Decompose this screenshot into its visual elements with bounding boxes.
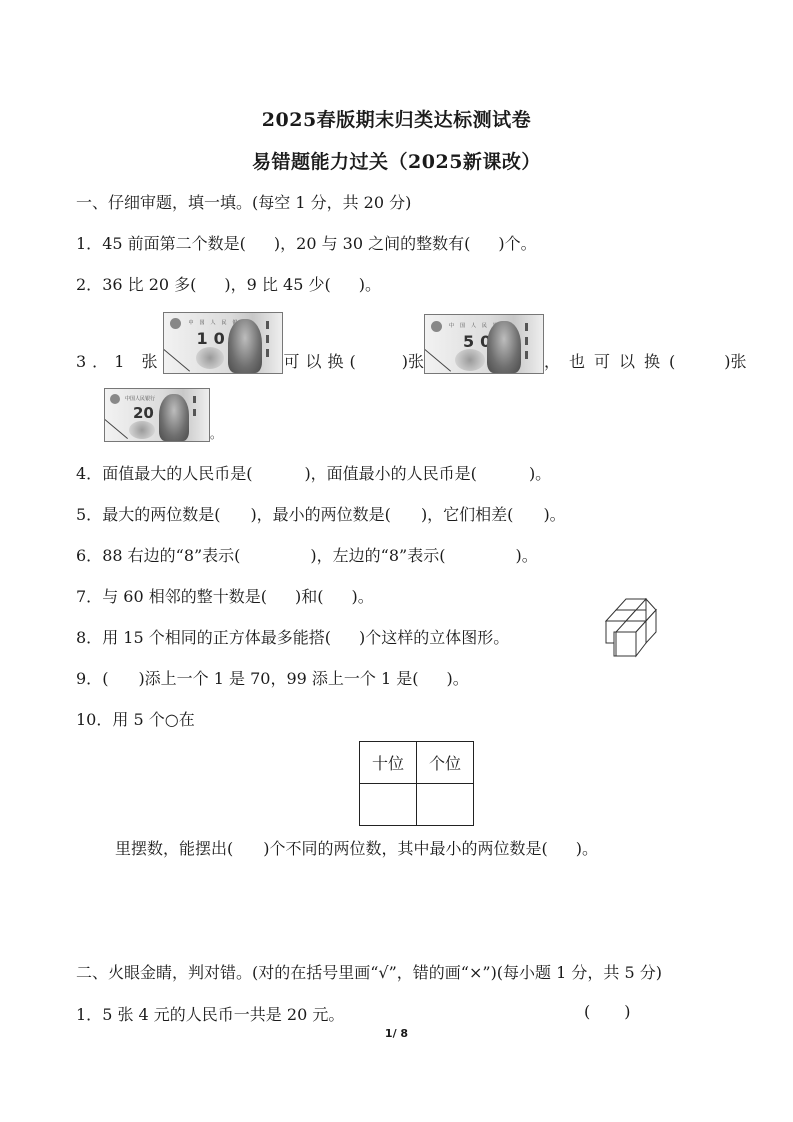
question-3-continued: 中国人民银行 20 。 <box>104 388 222 442</box>
question-9: 9．()添上一个 1 是 70，99 添上一个 1 是()。 <box>76 666 469 689</box>
security-stripe <box>525 351 528 359</box>
security-stripe <box>193 409 196 416</box>
portrait <box>228 319 262 373</box>
question-text: 45 前面第二个数是( <box>102 234 246 253</box>
question-text: 36 比 20 多( <box>102 275 196 294</box>
question-number: 1． <box>76 1005 102 1024</box>
question-5: 5．最大的两位数是()，最小的两位数是()，它们相差()。 <box>76 502 566 525</box>
security-stripe <box>193 396 196 403</box>
emblem-icon <box>170 318 181 329</box>
paren-close: ) <box>624 1002 630 1021</box>
exam-page: 2025春版期末归类达标测试卷 易错题能力过关（2025新课改） 一、仔细审题，… <box>0 0 793 1122</box>
question-text: )，面值最小的人民币是( <box>304 464 477 483</box>
exam-subtitle: 易错题能力过关（2025新课改） <box>0 147 793 174</box>
question-text: )。 <box>351 587 373 606</box>
question-text: )。 <box>359 275 381 294</box>
security-stripe <box>525 323 528 331</box>
question-text: 用 15 个相同的正方体最多能搭( <box>102 628 331 647</box>
question-text: 与 60 相邻的整十数是( <box>102 587 267 606</box>
ones-cell[interactable] <box>417 784 474 826</box>
question-1: 1．45 前面第二个数是()，20 与 30 之间的整数有()个。 <box>76 231 537 254</box>
question-text: 面值最大的人民币是( <box>102 464 252 483</box>
question-number: 4． <box>76 464 102 483</box>
question-10-continued: 里摆数，能摆出()个不同的两位数，其中最小的两位数是()。 <box>115 836 598 859</box>
page-number: 1/ 8 <box>0 1027 793 1040</box>
question-text: )和( <box>295 587 324 606</box>
question-text: )个这样的立体图形。 <box>359 628 509 647</box>
question-2: 2．36 比 20 多()，9 比 45 少()。 <box>76 272 381 295</box>
question-number: 2． <box>76 275 102 294</box>
question-8: 8．用 15 个相同的正方体最多能搭()个这样的立体图形。 <box>76 625 509 648</box>
question-4: 4．面值最大的人民币是()，面值最小的人民币是()。 <box>76 461 551 484</box>
question-text: 里摆数，能摆出( <box>115 839 233 858</box>
security-stripe <box>266 335 269 343</box>
tens-cell[interactable] <box>360 784 417 826</box>
question-text: )。 <box>447 669 469 688</box>
banknote-100-yuan: 中国人民银行 100 <box>163 312 283 374</box>
question-7: 7．与 60 相邻的整十数是()和()。 <box>76 584 374 607</box>
question-text: )。 <box>515 546 537 565</box>
question-text: 用 5 个○在 <box>112 710 194 729</box>
question-text: )。 <box>529 464 551 483</box>
question-number: 9． <box>76 669 102 688</box>
question-3: 3． 1 张 中国人民银行 100 可以换( )张 中国人民银行 50 ， <box>76 312 746 374</box>
question-text: )添上一个 1 是 70，99 添上一个 1 是( <box>138 669 418 688</box>
cube-solid-figure <box>604 598 666 658</box>
question-text: ( <box>102 669 108 688</box>
flower-pattern <box>129 421 155 439</box>
question-text: 88 右边的“8”表示( <box>102 546 240 565</box>
security-stripe <box>266 321 269 329</box>
section-2-heading: 二、火眼金睛，判对错。(对的在括号里画“√”，错的画“×”)(每小题 1 分，共… <box>76 960 662 983</box>
question-number: 10． <box>76 710 112 729</box>
question-text: 。 <box>210 425 222 442</box>
section-1-heading: 一、仔细审题，填一填。(每空 1 分，共 20 分) <box>76 190 411 213</box>
emblem-icon <box>110 394 120 404</box>
banknote-20-yuan: 中国人民银行 20 <box>104 388 210 442</box>
paren-open: ( <box>584 1002 590 1021</box>
question-text: )张 <box>724 349 746 374</box>
flower-pattern <box>455 349 485 371</box>
question-text: )张 <box>402 349 424 374</box>
banknote-50-yuan: 中国人民银行 50 <box>424 314 544 374</box>
question-text: )，20 与 30 之间的整数有( <box>274 234 470 253</box>
judge-question-1: 1．5 张 4 元的人民币一共是 20 元。 <box>76 1002 344 1025</box>
question-number: 6． <box>76 546 102 565</box>
flower-pattern <box>196 347 224 369</box>
question-text: 可以换( <box>283 349 361 374</box>
security-stripe <box>266 349 269 357</box>
ones-header: 个位 <box>417 742 474 784</box>
question-text: 5 张 4 元的人民币一共是 20 元。 <box>102 1005 344 1024</box>
question-6: 6．88 右边的“8”表示()，左边的“8”表示()。 <box>76 543 538 566</box>
place-value-table: 十位 个位 <box>359 741 474 826</box>
question-text: 1 张 <box>114 349 163 374</box>
question-text: )，9 比 45 少( <box>224 275 330 294</box>
question-number: 3． <box>76 349 114 374</box>
diagonal-line <box>104 419 128 439</box>
question-10: 10．用 5 个○在 <box>76 707 195 730</box>
question-number: 8． <box>76 628 102 647</box>
question-number: 1． <box>76 234 102 253</box>
question-text: )，最小的两位数是( <box>250 505 391 524</box>
portrait <box>487 321 521 373</box>
question-text: )个不同的两位数，其中最小的两位数是( <box>263 839 548 858</box>
diagonal-line <box>164 349 191 372</box>
question-number: 7． <box>76 587 102 606</box>
question-number: 5． <box>76 505 102 524</box>
question-text: )。 <box>543 505 565 524</box>
exam-title: 2025春版期末归类达标测试卷 <box>0 105 793 132</box>
question-text: )。 <box>576 839 598 858</box>
security-stripe <box>525 337 528 345</box>
emblem-icon <box>431 321 442 332</box>
question-text: )，它们相差( <box>421 505 514 524</box>
diagonal-line <box>424 349 451 372</box>
question-text: ，也可以换( <box>544 349 684 374</box>
portrait <box>159 394 189 441</box>
question-text: )，左边的“8”表示( <box>310 546 445 565</box>
denomination: 20 <box>133 404 154 422</box>
question-text: )个。 <box>498 234 536 253</box>
judge-answer-box[interactable]: () <box>584 1002 631 1021</box>
tens-header: 十位 <box>360 742 417 784</box>
question-text: 最大的两位数是( <box>102 505 220 524</box>
bank-name: 中国人民银行 <box>125 395 155 402</box>
